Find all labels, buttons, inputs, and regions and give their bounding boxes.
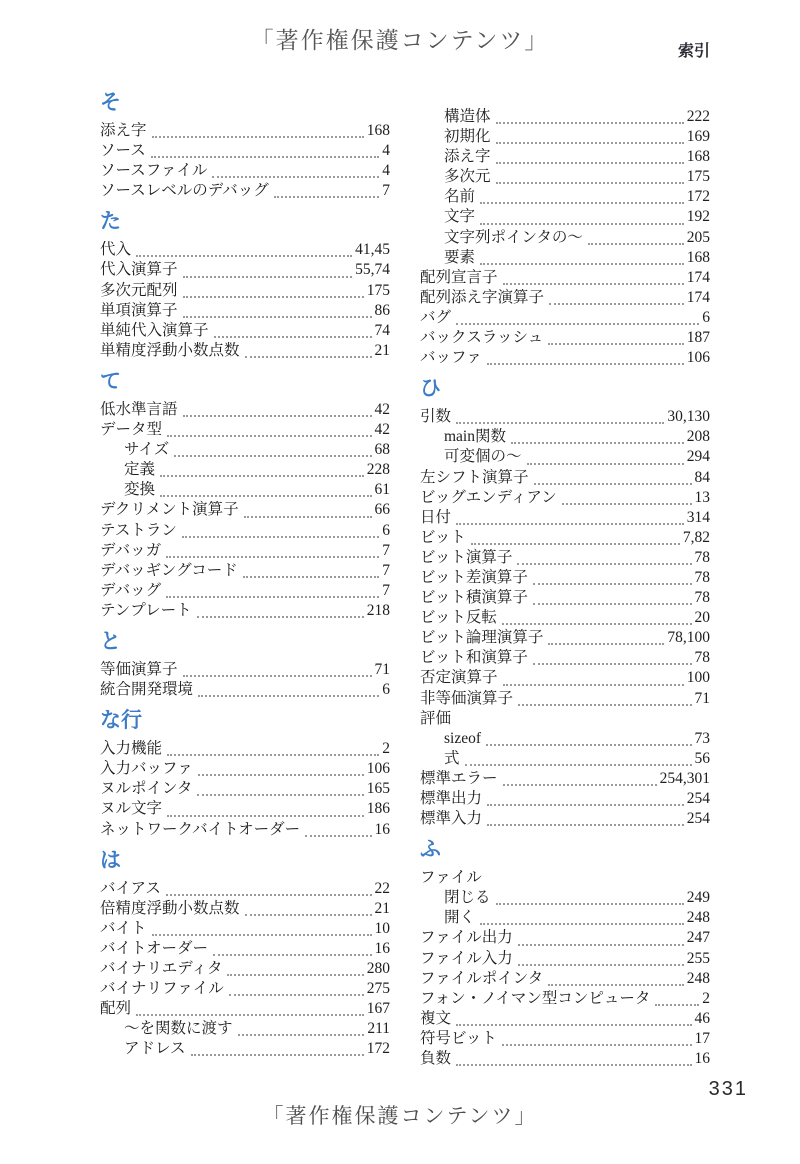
index-entry: ビット論理演算子78,100 (420, 628, 710, 648)
index-entry: ヌルポインタ165 (100, 779, 390, 799)
index-entry: 等価演算子71 (100, 660, 390, 680)
dot-leader (167, 801, 364, 817)
index-entry: 式56 (420, 749, 710, 769)
index-entry: 多次元175 (420, 167, 710, 187)
index-entry: 引数30,130 (420, 407, 710, 427)
index-entry: ビット7,82 (420, 528, 710, 548)
entry-term: 引数 (420, 407, 451, 427)
dot-leader (197, 602, 364, 618)
entry-page-number: 174 (687, 288, 710, 308)
dot-leader (503, 269, 684, 285)
kana-section-header: ふ (420, 839, 710, 861)
dot-leader (534, 469, 692, 485)
entry-page-number: 55,74 (355, 260, 390, 280)
entry-page-number: 254,301 (660, 769, 710, 789)
entry-term: 標準入力 (420, 809, 482, 829)
index-section-た: た代入41,45代入演算子55,74多次元配列175単項演算子86単純代入演算子… (100, 211, 390, 361)
entry-page-number: 66 (375, 500, 391, 520)
dot-leader (456, 1010, 691, 1026)
dot-leader (198, 681, 379, 697)
entry-term: 代入 (100, 240, 131, 260)
index-entry: 単純代入演算子74 (100, 321, 390, 341)
index-entry: ビット反転20 (420, 608, 710, 628)
index-entry: 標準入力254 (420, 809, 710, 829)
entry-page-number: 205 (687, 228, 710, 248)
index-entry: バイアス22 (100, 879, 390, 899)
entry-term: バッファ (420, 348, 482, 368)
dot-leader (166, 542, 379, 558)
entry-page-number: 41,45 (355, 240, 390, 260)
dot-leader (182, 522, 379, 538)
index-entry: デクリメント演算子66 (100, 500, 390, 520)
index-entry: サイズ68 (100, 440, 390, 460)
index-entry: 非等価演算子71 (420, 689, 710, 709)
dot-leader (305, 821, 371, 837)
dot-leader (480, 188, 684, 204)
entry-term: 文字列ポインタの～ (444, 228, 583, 248)
entry-page-number: 78 (695, 548, 711, 568)
entry-page-number: 7 (382, 581, 390, 601)
entry-term: 開く (444, 908, 475, 928)
index-entry: 標準エラー254,301 (420, 769, 710, 789)
entry-term: 等価演算子 (100, 660, 178, 680)
dot-leader (502, 1030, 692, 1046)
index-section-て: て低水準言語42データ型42サイズ68定義228変換61デクリメント演算子66テ… (100, 371, 390, 621)
entry-page-number: 248 (687, 969, 710, 989)
dot-leader (183, 262, 353, 278)
entry-page-number: 86 (375, 301, 391, 321)
dot-leader (183, 661, 372, 677)
index-entry: 開く248 (420, 908, 710, 928)
kana-section-header: そ (100, 92, 390, 114)
entry-page-number: 167 (367, 999, 390, 1019)
entry-term: main関数 (444, 427, 506, 447)
entry-term: 日付 (420, 508, 451, 528)
entry-term: テンプレート (100, 601, 192, 621)
index-entry: 配列宣言子174 (420, 268, 710, 288)
entry-term: 名前 (444, 187, 475, 207)
entry-page-number: 16 (375, 820, 391, 840)
index-entry: ファイル出力247 (420, 928, 710, 948)
entry-page-number: 17 (695, 1029, 711, 1049)
index-entry: 名前172 (420, 187, 710, 207)
entry-term: 否定演算子 (420, 668, 498, 688)
index-entry: ～を関数に渡す211 (100, 1019, 390, 1039)
index-column-left: そ添え字168ソース4ソースファイル4ソースレベルのデバッグ7た代入41,45代… (100, 92, 390, 1059)
dot-leader (274, 182, 379, 198)
index-entry: 左シフト演算子84 (420, 468, 710, 488)
index-section-ふ: ふファイル閉じる249開く248ファイル出力247ファイル入力255ファイルポイ… (420, 839, 710, 1069)
dot-leader (160, 481, 371, 497)
kana-section-header: は (100, 850, 390, 872)
entry-term: ヌル文字 (100, 799, 162, 819)
index-entry: バイトオーダー16 (100, 939, 390, 959)
entry-term: バグ (420, 308, 451, 328)
entry-term: デバッギングコード (100, 561, 238, 581)
entry-term: バイト (100, 919, 147, 939)
entry-term: 非等価演算子 (420, 689, 513, 709)
dot-leader (487, 790, 684, 806)
index-entry: ビッグエンディアン13 (420, 488, 710, 508)
entry-term: ビット反転 (420, 608, 497, 628)
dot-leader (160, 461, 364, 477)
index-entry: 閉じる249 (420, 888, 710, 908)
dot-leader (533, 649, 692, 665)
dot-leader (191, 1040, 364, 1056)
index-column-right: 構造体222初期化169添え字168多次元175名前172文字192文字列ポイン… (420, 107, 710, 1069)
index-entry: デバッギングコード7 (100, 561, 390, 581)
entry-page-number: 168 (687, 248, 710, 268)
entry-term: ビット差演算子 (420, 568, 528, 588)
dot-leader (518, 950, 684, 966)
dot-leader (197, 780, 363, 796)
index-entry: sizeof73 (420, 729, 710, 749)
entry-page-number: 16 (375, 939, 391, 959)
entry-term: 代入演算子 (100, 260, 178, 280)
index-entry: フォン・ノイマン型コンピュータ2 (420, 989, 710, 1009)
dot-leader (244, 502, 372, 518)
dot-leader (238, 1020, 365, 1036)
entry-term: 単項演算子 (100, 301, 178, 321)
index-entry: 添え字168 (420, 147, 710, 167)
dot-leader (152, 920, 372, 936)
entry-page-number: 6 (702, 308, 710, 328)
index-entry: 代入41,45 (100, 240, 390, 260)
entry-page-number: 165 (367, 779, 390, 799)
dot-leader (136, 1000, 364, 1016)
entry-page-number: 71 (695, 689, 711, 709)
index-entry: 多次元配列175 (100, 281, 390, 301)
index-entry: 定義228 (100, 460, 390, 480)
index-section-ひ: ひ引数30,130main関数208可変個の～294左シフト演算子84ビッグエン… (420, 378, 710, 829)
index-entry: データ型42 (100, 420, 390, 440)
dot-leader (456, 509, 684, 525)
index-entry: アドレス172 (100, 1039, 390, 1059)
entry-term: ファイル出力 (420, 928, 513, 948)
entry-term: ネットワークバイトオーダー (100, 820, 300, 840)
dot-leader (655, 990, 699, 1006)
dot-leader (562, 489, 692, 505)
entry-page-number: 248 (687, 908, 710, 928)
dot-leader (166, 880, 372, 896)
entry-page-number: 175 (687, 167, 710, 187)
entry-page-number: 172 (687, 187, 710, 207)
entry-page-number: 168 (367, 121, 390, 141)
copyright-banner-bottom: 「著作権保護コンテンツ」 (0, 1100, 800, 1130)
index-entry: 統合開発環境6 (100, 680, 390, 700)
entry-page-number: 254 (687, 789, 710, 809)
entry-term: 多次元 (444, 167, 491, 187)
entry-page-number: 46 (695, 1009, 711, 1029)
entry-term: 単精度浮動小数点数 (100, 341, 240, 361)
entry-page-number: 255 (687, 949, 710, 969)
entry-page-number: 71 (375, 660, 391, 680)
entry-term: ビット演算子 (420, 548, 512, 568)
entry-term: 標準出力 (420, 789, 482, 809)
entry-term: バイナリエディタ (100, 959, 222, 979)
dot-leader (229, 980, 364, 996)
entry-term: ～を関数に渡す (124, 1019, 233, 1039)
entry-term: ファイル入力 (420, 949, 513, 969)
entry-term: 複文 (420, 1009, 451, 1029)
entry-term: 式 (444, 749, 460, 769)
entry-page-number: 172 (367, 1039, 390, 1059)
dot-leader (502, 609, 692, 625)
index-entry: main関数208 (420, 427, 710, 447)
dot-leader (496, 889, 684, 905)
dot-leader (588, 229, 684, 245)
index-entry: 初期化169 (420, 127, 710, 147)
entry-page-number: 78 (695, 568, 711, 588)
dot-leader (503, 670, 684, 686)
entry-term: サイズ (124, 440, 169, 460)
entry-page-number: 7,82 (683, 528, 710, 548)
entry-page-number: 56 (695, 749, 711, 769)
index-entry: ビット差演算子78 (420, 568, 710, 588)
index-entry: デバッガ7 (100, 541, 390, 561)
entry-page-number: 74 (375, 321, 391, 341)
dot-leader (480, 209, 684, 225)
entry-page-number: 280 (367, 959, 390, 979)
index-entry: 複文46 (420, 1009, 710, 1029)
index-entry: 配列添え字演算子174 (420, 288, 710, 308)
entry-term: 入力機能 (100, 739, 162, 759)
dot-leader (227, 960, 363, 976)
entry-term: ヌルポインタ (100, 779, 192, 799)
dot-leader (456, 1050, 691, 1066)
entry-term: ソース (100, 141, 146, 161)
index-entry: 単項演算子86 (100, 301, 390, 321)
index-entry: ビット積演算子78 (420, 588, 710, 608)
entry-term: 定義 (124, 460, 155, 480)
index-entry: バグ6 (420, 308, 710, 328)
entry-page-number: 175 (367, 281, 390, 301)
entry-term: ファイルポインタ (420, 969, 543, 989)
dot-leader (549, 289, 684, 305)
entry-term: 変換 (124, 480, 155, 500)
index-entry: 代入演算子55,74 (100, 260, 390, 280)
entry-term: ファイル (420, 868, 482, 888)
index-entry: 評価 (420, 709, 710, 729)
dot-leader (517, 549, 691, 565)
entry-page-number: 10 (375, 919, 391, 939)
entry-page-number: 174 (687, 268, 710, 288)
index-section-は: はバイアス22倍精度浮動小数点数21バイト10バイトオーダー16バイナリエディタ… (100, 850, 390, 1060)
entry-term: 可変個の～ (444, 447, 522, 467)
entry-term: フォン・ノイマン型コンピュータ (420, 989, 650, 1009)
dot-leader (496, 128, 684, 144)
book-index-page: 「著作権保護コンテンツ」 索引 そ添え字168ソース4ソースファイル4ソースレベ… (0, 0, 800, 1164)
entry-page-number: 30,130 (667, 407, 710, 427)
index-entry: 文字192 (420, 207, 710, 227)
entry-page-number: 247 (687, 928, 710, 948)
entry-page-number: 192 (687, 207, 710, 227)
entry-term: バイアス (100, 879, 161, 899)
entry-term: 閉じる (444, 888, 491, 908)
entry-page-number: 100 (687, 668, 710, 688)
dot-leader (456, 408, 664, 424)
entry-page-number: 106 (687, 348, 710, 368)
entry-page-number: 68 (375, 440, 391, 460)
index-entry: 符号ビット17 (420, 1029, 710, 1049)
dot-leader (511, 428, 684, 444)
index-entry: テストラン6 (100, 521, 390, 541)
index-section-そ: そ添え字168ソース4ソースファイル4ソースレベルのデバッグ7 (100, 92, 390, 201)
dot-leader (533, 569, 692, 585)
entry-page-number: 186 (367, 799, 390, 819)
index-entry: バックスラッシュ187 (420, 328, 710, 348)
entry-page-number: 7 (382, 181, 390, 201)
dot-leader (212, 162, 379, 178)
index-entry: 配列167 (100, 999, 390, 1019)
entry-term: 配列 (100, 999, 131, 1019)
dot-leader (456, 309, 699, 325)
entry-page-number: 222 (687, 107, 710, 127)
entry-page-number: 7 (382, 561, 390, 581)
entry-page-number: 42 (375, 400, 391, 420)
entry-page-number: 78 (695, 588, 711, 608)
entry-page-number: 6 (382, 521, 390, 541)
dot-leader (496, 168, 684, 184)
page-number: 331 (709, 1078, 748, 1101)
entry-page-number: 249 (687, 888, 710, 908)
entry-term: 符号ビット (420, 1029, 497, 1049)
index-entry: 可変個の～294 (420, 447, 710, 467)
dot-leader (183, 401, 372, 417)
dot-leader (245, 900, 372, 916)
dot-leader (152, 122, 364, 138)
entry-term: アドレス (124, 1039, 186, 1059)
entry-page-number: 13 (695, 488, 711, 508)
dot-leader (533, 589, 692, 605)
dot-leader (198, 760, 364, 776)
entry-term: 多次元配列 (100, 281, 178, 301)
index-entry: 倍精度浮動小数点数21 (100, 899, 390, 919)
dot-leader (471, 529, 680, 545)
entry-page-number: 6 (382, 680, 390, 700)
entry-term: 配列添え字演算子 (420, 288, 544, 308)
entry-page-number: 61 (375, 480, 391, 500)
entry-term: バイナリファイル (100, 979, 224, 999)
dot-leader (214, 322, 372, 338)
index-entry: 構造体222 (420, 107, 710, 127)
entry-page-number: 254 (687, 809, 710, 829)
dot-leader (174, 441, 371, 457)
entry-term: データ型 (100, 420, 162, 440)
dot-leader (496, 108, 684, 124)
entry-page-number: 4 (382, 161, 390, 181)
index-entry: 要素168 (420, 248, 710, 268)
entry-page-number: 20 (695, 608, 711, 628)
dot-leader (167, 421, 371, 437)
kana-section-header: と (100, 631, 390, 653)
index-entry: ビット和演算子78 (420, 648, 710, 668)
dot-leader (183, 282, 364, 298)
index-section-と: と等価演算子71統合開発環境6 (100, 631, 390, 700)
dot-leader (136, 241, 352, 257)
index-corner-label: 索引 (678, 38, 710, 61)
index-entry: 文字列ポインタの～205 (420, 228, 710, 248)
entry-term: 標準エラー (420, 769, 498, 789)
dot-leader (245, 342, 372, 358)
entry-page-number: 2 (702, 989, 710, 1009)
dot-leader (548, 629, 664, 645)
dot-leader (183, 302, 372, 318)
index-entry: バイナリエディタ280 (100, 959, 390, 979)
index-entry: 負数16 (420, 1049, 710, 1069)
entry-page-number: 4 (382, 141, 390, 161)
index-entry: バイナリファイル275 (100, 979, 390, 999)
index-entry: ソースレベルのデバッグ7 (100, 181, 390, 201)
index-entry: バイト10 (100, 919, 390, 939)
index-entry: ファイルポインタ248 (420, 969, 710, 989)
entry-page-number: 21 (375, 341, 391, 361)
entry-page-number: 78 (695, 648, 711, 668)
index-entry: ヌル文字186 (100, 799, 390, 819)
index-section-な行: な行入力機能2入力バッファ106ヌルポインタ165ヌル文字186ネットワークバイ… (100, 710, 390, 839)
entry-term: 配列宣言子 (420, 268, 498, 288)
index-entry: 入力バッファ106 (100, 759, 390, 779)
entry-page-number: 16 (695, 1049, 711, 1069)
dot-leader (167, 740, 379, 756)
index-entry: ビット演算子78 (420, 548, 710, 568)
dot-leader (518, 930, 684, 946)
entry-term: ビット論理演算子 (420, 628, 543, 648)
entry-term: ビッグエンディアン (420, 488, 557, 508)
entry-term: バックスラッシュ (420, 328, 543, 348)
dot-leader (243, 562, 379, 578)
index-entry: 標準出力254 (420, 789, 710, 809)
entry-term: 要素 (444, 248, 475, 268)
dot-leader (548, 329, 684, 345)
index-entry: 低水準言語42 (100, 400, 390, 420)
entry-page-number: 187 (687, 328, 710, 348)
index-entry: 変換61 (100, 480, 390, 500)
entry-term: 評価 (420, 709, 451, 729)
index-entry: バッファ106 (420, 348, 710, 368)
entry-page-number: 218 (367, 601, 390, 621)
dot-leader (527, 449, 684, 465)
kana-section-header: た (100, 211, 390, 233)
dot-leader (487, 349, 684, 365)
entry-page-number: 84 (695, 468, 711, 488)
index-entry: ファイル (420, 868, 710, 888)
entry-page-number: 208 (687, 427, 710, 447)
entry-term: テストラン (100, 521, 177, 541)
dot-leader (480, 249, 684, 265)
entry-term: 左シフト演算子 (420, 468, 529, 488)
entry-page-number: 275 (367, 979, 390, 999)
entry-term: ソースファイル (100, 161, 207, 181)
entry-page-number: 2 (382, 739, 390, 759)
entry-page-number: 228 (367, 460, 390, 480)
entry-page-number: 73 (695, 729, 711, 749)
dot-leader (465, 750, 692, 766)
index-section-continued: 構造体222初期化169添え字168多次元175名前172文字192文字列ポイン… (420, 107, 710, 368)
entry-term: 負数 (420, 1049, 451, 1069)
index-entry: 添え字168 (100, 121, 390, 141)
dot-leader (518, 690, 691, 706)
entry-page-number: 169 (687, 127, 710, 147)
entry-term: 添え字 (100, 121, 147, 141)
dot-leader (166, 582, 379, 598)
entry-page-number: 7 (382, 541, 390, 561)
entry-term: 構造体 (444, 107, 491, 127)
entry-page-number: 168 (687, 147, 710, 167)
entry-page-number: 211 (367, 1019, 390, 1039)
entry-term: 初期化 (444, 127, 491, 147)
index-entry: ソース4 (100, 141, 390, 161)
